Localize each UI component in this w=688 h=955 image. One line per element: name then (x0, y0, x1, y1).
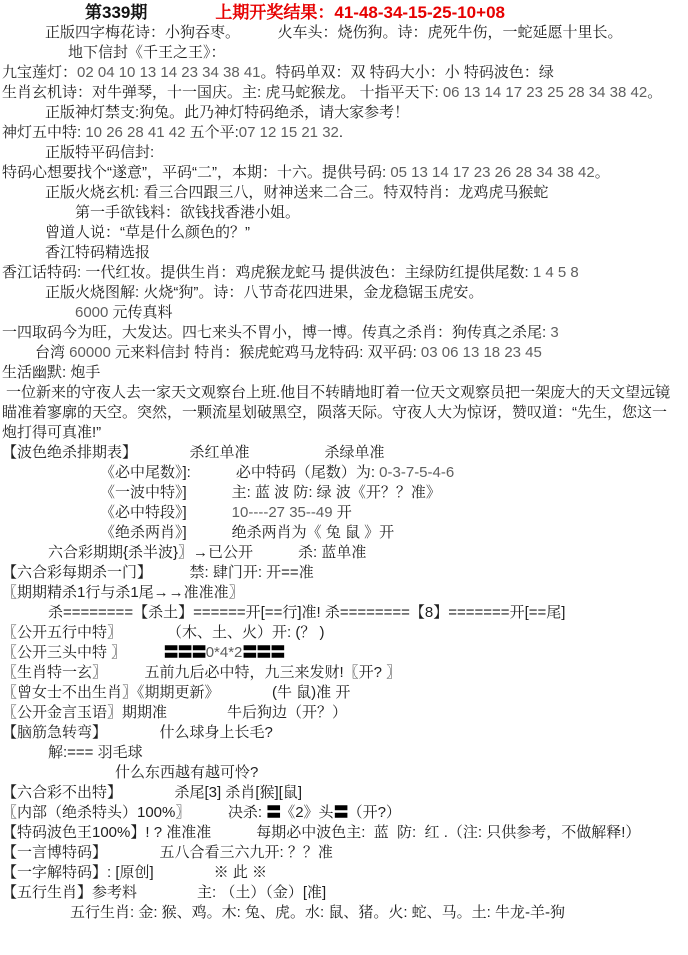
text-run: 【六合彩每期杀一门】 禁: 肆门开: 开==准 (2, 564, 314, 581)
doc-line-31: 杀========【杀土】======开[==行]准! 杀========【8】… (0, 603, 688, 623)
number-run: 6000 (75, 304, 108, 321)
text-run: 《2》头 (280, 804, 333, 821)
text-run: 。 (647, 84, 662, 101)
doc-line-2: 正版四字梅花诗：小狗吞枣。 火车头：烧伤狗。诗：虎死牛伤，一蛇延愿十里长。 (0, 23, 688, 43)
text-run: 【特码波色王100%】! ? 准准准 每期必中波色主: 蓝 防: 红 .（注: … (2, 824, 640, 841)
text-run: 一位新来的守夜人去一家天文观察台上班.他目不转睛地盯着一位天文观察员把一架庞大的… (6, 384, 670, 401)
text-run: 地下信封《千王之王》： (68, 44, 226, 61)
doc-line-6: 正版神灯禁支:狗兔。此乃神灯特码绝杀，请大家参考！ (0, 103, 688, 123)
text-run: 〖内部（绝杀特头）100%〗 决杀: (2, 804, 266, 821)
doc-line-26: 《必中特段》] 10----27 35--49 开 (0, 503, 688, 523)
text-run: （开?） (348, 804, 401, 821)
doc-line-20: 一位新来的守夜人去一家天文观察台上班.他目不转睛地盯着一位天文观察员把一架庞大的… (0, 383, 688, 403)
text-run: 五行生肖: 金: 猴、鸡。木: 兔、虎。水: 鼠、猪。火: 蛇、马。土: 牛龙-… (70, 904, 565, 921)
censored-block: 〓 (334, 804, 348, 821)
text-run: 特码心想要找个“遂意”，平码“二”，本期：十六。提供号码: (2, 164, 390, 181)
text-run: 杀========【杀土】======开[==行]准! 杀========【8】… (48, 604, 565, 621)
doc-line-41: 〖内部（绝杀特头）100%〗 决杀: 〓《2》头〓（开?） (0, 803, 688, 823)
doc-line-3: 地下信封《千王之王》： (0, 43, 688, 63)
text-run: 正版四字梅花诗：小狗吞枣。 火车头：烧伤狗。诗：虎死牛伤，一蛇延愿十里长。 (45, 24, 623, 41)
doc-line-37: 【脑筋急转弯】 什么球身上长毛? (0, 723, 688, 743)
lottery-tip-sheet: 第339期 上期开奖结果：41-48-34-15-25-10+08正版四字梅花诗… (0, 0, 688, 923)
text-run: 〖公开金言玉语〗期期准 牛后狗边（开？） (2, 704, 347, 721)
doc-line-13: 香江特码精选报 (0, 243, 688, 263)
doc-line-45: 【五行生肖】参考料 主: （土）（金）[准] (0, 883, 688, 903)
text-run: 六合彩期期{杀半波}〗→已公开 杀: 蓝单准 (48, 544, 366, 561)
doc-line-43: 【一言博特码】 五八合看三六九开: ？？准 (0, 843, 688, 863)
doc-line-16: 6000 元传真料 (0, 303, 688, 323)
doc-line-44: 【一字解特码】: [原创] ※ 此 ※ (0, 863, 688, 883)
text-run: 【六合彩不出特】 杀尾[3] 杀肖[猴][鼠] (2, 784, 302, 801)
number-run: 05 13 14 17 23 26 28 34 38 42 (390, 164, 594, 181)
doc-line-34: 〖生肖特一玄〗 五前九后必中特，九三来发财!〖开? 〗 (0, 663, 688, 683)
text-run: 正版神灯禁支:狗兔。此乃神灯特码绝杀，请大家参考！ (45, 104, 409, 121)
text-run: 解:=== 羽毛球 (48, 744, 143, 761)
doc-line-5: 生肖玄机诗：对牛弹琴，十一国庆。主: 虎马蛇猴龙。 十指平天下: 06 13 1… (0, 83, 688, 103)
number-run: 0-3-7-5-4-6 (379, 464, 454, 481)
text-run: 香江话特码: 一代红妆。提供生肖：鸡虎猴龙蛇马 提供波色：主绿防红提供尾数: (2, 264, 533, 281)
text-run: 〖生肖特一玄〗 五前九后必中特，九三来发财!〖开? 〗 (2, 664, 401, 681)
text-run: 生肖玄机诗：对牛弹琴，十一国庆。主: 虎马蛇猴龙。 十指平天下: (2, 84, 443, 101)
text-run: 【一字解特码】: [原创] ※ 此 ※ (2, 864, 267, 881)
number-run: 03 06 13 18 23 45 (421, 344, 542, 361)
text-run: 什么东西越有越可怜? (115, 764, 258, 781)
doc-line-8: 正版特平码信封: (0, 143, 688, 163)
number-run: 1 4 5 8 (533, 264, 579, 281)
doc-line-14: 香江话特码: 一代红妆。提供生肖：鸡虎猴龙蛇马 提供波色：主绿防红提供尾数: 1… (0, 263, 688, 283)
number-run: 10 26 28 41 42 (85, 124, 185, 141)
number-run: 07 12 15 21 32 (239, 124, 339, 141)
number-run: 3 (550, 324, 558, 341)
text-run: 第一手欲钱料：欲钱找香港小姐。 (75, 204, 300, 221)
text-run: 炮打得可真准!” (2, 424, 101, 441)
number-run: 10----27 35--49 (232, 504, 333, 521)
text-run: 。特码单双：双 特码大小：小 特码波色：绿 (261, 64, 554, 81)
text-run: 【脑筋急转弯】 什么球身上长毛? (2, 724, 273, 741)
text-run: 元传真料 (108, 304, 172, 321)
censored-block: 〓〓〓 (164, 644, 206, 661)
text-run: 正版火烧图解: 火烧“狗”。诗：八节奇花四进果，金龙稳锯玉虎安。 (45, 284, 483, 301)
text-run: 【一言博特码】 五八合看三六九开: ？？准 (2, 844, 333, 861)
text-run: 瞄准着寥廓的天空。突然，一颗流星划破黑空，陨落天际。守夜人大为惊讶，赞叹道：“先… (2, 404, 667, 421)
doc-line-11: 第一手欲钱料：欲钱找香港小姐。 (0, 203, 688, 223)
censored-block: 〓 (266, 804, 280, 821)
doc-line-18: 台湾 60000 元来料信封 特肖：猴虎蛇鸡马龙特码: 双平码: 03 06 1… (0, 343, 688, 363)
doc-line-27: 《绝杀两肖》] 绝杀两肖为《 兔 鼠 》开 (0, 523, 688, 543)
text-run: 《一波中特》] 主: 蓝 波 防: 绿 波《开？？准》 (100, 484, 441, 501)
doc-line-17: 一四取码今为旺，大发达。四七来头不胃小，博一博。传真之杀肖：狗传真之杀尾: 3 (0, 323, 688, 343)
number-run: 60000 (69, 344, 111, 361)
text-run: 九宝莲灯： (2, 64, 77, 81)
doc-line-46: 五行生肖: 金: 猴、鸡。木: 兔、虎。水: 鼠、猪。火: 蛇、马。土: 牛龙-… (0, 903, 688, 923)
text-run: 【波色绝杀排期表】 杀红单准 杀绿单准 (2, 444, 385, 461)
text-run: 《必中特段》] (100, 504, 232, 521)
number-run: 02 04 10 13 14 23 34 38 41 (77, 64, 261, 81)
doc-line-22: 炮打得可真准!” (0, 423, 688, 443)
censored-block: 〓〓〓 (242, 644, 284, 661)
doc-line-12: 曾道人说：“草是什么颜色的？” (0, 223, 688, 243)
doc-line-39: 什么东西越有越可怜? (0, 763, 688, 783)
text-run: 神灯五中特: (2, 124, 85, 141)
text-run: 【五行生肖】参考料 主: （土）（金）[准] (2, 884, 326, 901)
doc-line-9: 特码心想要找个“遂意”，平码“二”，本期：十六。提供号码: 05 13 14 1… (0, 163, 688, 183)
text-run: 生活幽默: 炮手 (2, 364, 100, 381)
doc-line-40: 【六合彩不出特】 杀尾[3] 杀肖[猴][鼠] (0, 783, 688, 803)
number-run: 06 13 14 17 23 25 28 34 38 42 (443, 84, 647, 101)
doc-line-42: 【特码波色王100%】! ? 准准准 每期必中波色主: 蓝 防: 红 .（注: … (0, 823, 688, 843)
text-run: 《绝杀两肖》] 绝杀两肖为《 兔 鼠 》开 (100, 524, 394, 541)
doc-line-36: 〖公开金言玉语〗期期准 牛后狗边（开？） (0, 703, 688, 723)
doc-line-25: 《一波中特》] 主: 蓝 波 防: 绿 波《开？？准》 (0, 483, 688, 503)
text-run: 《必中尾数》]: 必中特码（尾数）为: (100, 464, 379, 481)
doc-line-24: 《必中尾数》]: 必中特码（尾数）为: 0-3-7-5-4-6 (0, 463, 688, 483)
last-draw-result: 上期开奖结果：41-48-34-15-25-10+08 (147, 3, 505, 22)
text-run: 正版火烧玄机: 看三合四跟三八，财神送来二合三。特双特肖：龙鸡虎马猴蛇 (45, 184, 548, 201)
doc-line-29: 【六合彩每期杀一门】 禁: 肆门开: 开==准 (0, 563, 688, 583)
text-run: 香江特码精选报 (45, 244, 150, 261)
doc-line-23: 【波色绝杀排期表】 杀红单准 杀绿单准 (0, 443, 688, 463)
text-run: 〖曾女士不出生肖〗《期期更新》 (牛 鼠)准 开 (2, 684, 350, 701)
doc-line-30: 〖期期精杀1行与杀1尾→→准准准〗 (0, 583, 688, 603)
text-run: 。 (595, 164, 610, 181)
text-run: 曾道人说：“草是什么颜色的？” (45, 224, 250, 241)
doc-line-19: 生活幽默: 炮手 (0, 363, 688, 383)
doc-line-21: 瞄准着寥廓的天空。突然，一颗流星划破黑空，陨落天际。守夜人大为惊讶，赞叹道：“先… (0, 403, 688, 423)
doc-line-28: 六合彩期期{杀半波}〗→已公开 杀: 蓝单准 (0, 543, 688, 563)
text-run: 〖期期精杀1行与杀1尾→→准准准〗 (2, 584, 244, 601)
doc-line-4: 九宝莲灯：02 04 10 13 14 23 34 38 41。特码单双：双 特… (0, 63, 688, 83)
issue-number: 第339期 (85, 3, 147, 22)
text-run: 〖公开五行中特〗 （木、土、火）开: (？ ) (2, 624, 325, 641)
doc-line-1: 第339期 上期开奖结果：41-48-34-15-25-10+08 (0, 3, 688, 23)
text-run: . (339, 124, 343, 141)
doc-line-35: 〖曾女士不出生肖〗《期期更新》 (牛 鼠)准 开 (0, 683, 688, 703)
text-run: 五个平: (185, 124, 238, 141)
doc-line-38: 解:=== 羽毛球 (0, 743, 688, 763)
doc-line-33: 〖公开三头中特 〗 〓〓〓0*4*2〓〓〓 (0, 643, 688, 663)
text-run: 正版特平码信封: (45, 144, 154, 161)
doc-line-32: 〖公开五行中特〗 （木、土、火）开: (？ ) (0, 623, 688, 643)
text-run: 台湾 (35, 344, 69, 361)
doc-line-15: 正版火烧图解: 火烧“狗”。诗：八节奇花四进果，金龙稳锯玉虎安。 (0, 283, 688, 303)
text-run: 元来料信封 特肖：猴虎蛇鸡马龙特码: 双平码: (111, 344, 421, 361)
text-run: 一四取码今为旺，大发达。四七来头不胃小，博一博。传真之杀肖：狗传真之杀尾: (2, 324, 550, 341)
number-run: 0*4*2 (206, 644, 243, 661)
doc-line-10: 正版火烧玄机: 看三合四跟三八，财神送来二合三。特双特肖：龙鸡虎马猴蛇 (0, 183, 688, 203)
text-run: 〖公开三头中特 〗 (2, 644, 164, 661)
doc-line-7: 神灯五中特: 10 26 28 41 42 五个平:07 12 15 21 32… (0, 123, 688, 143)
text-run: 开 (333, 504, 352, 521)
